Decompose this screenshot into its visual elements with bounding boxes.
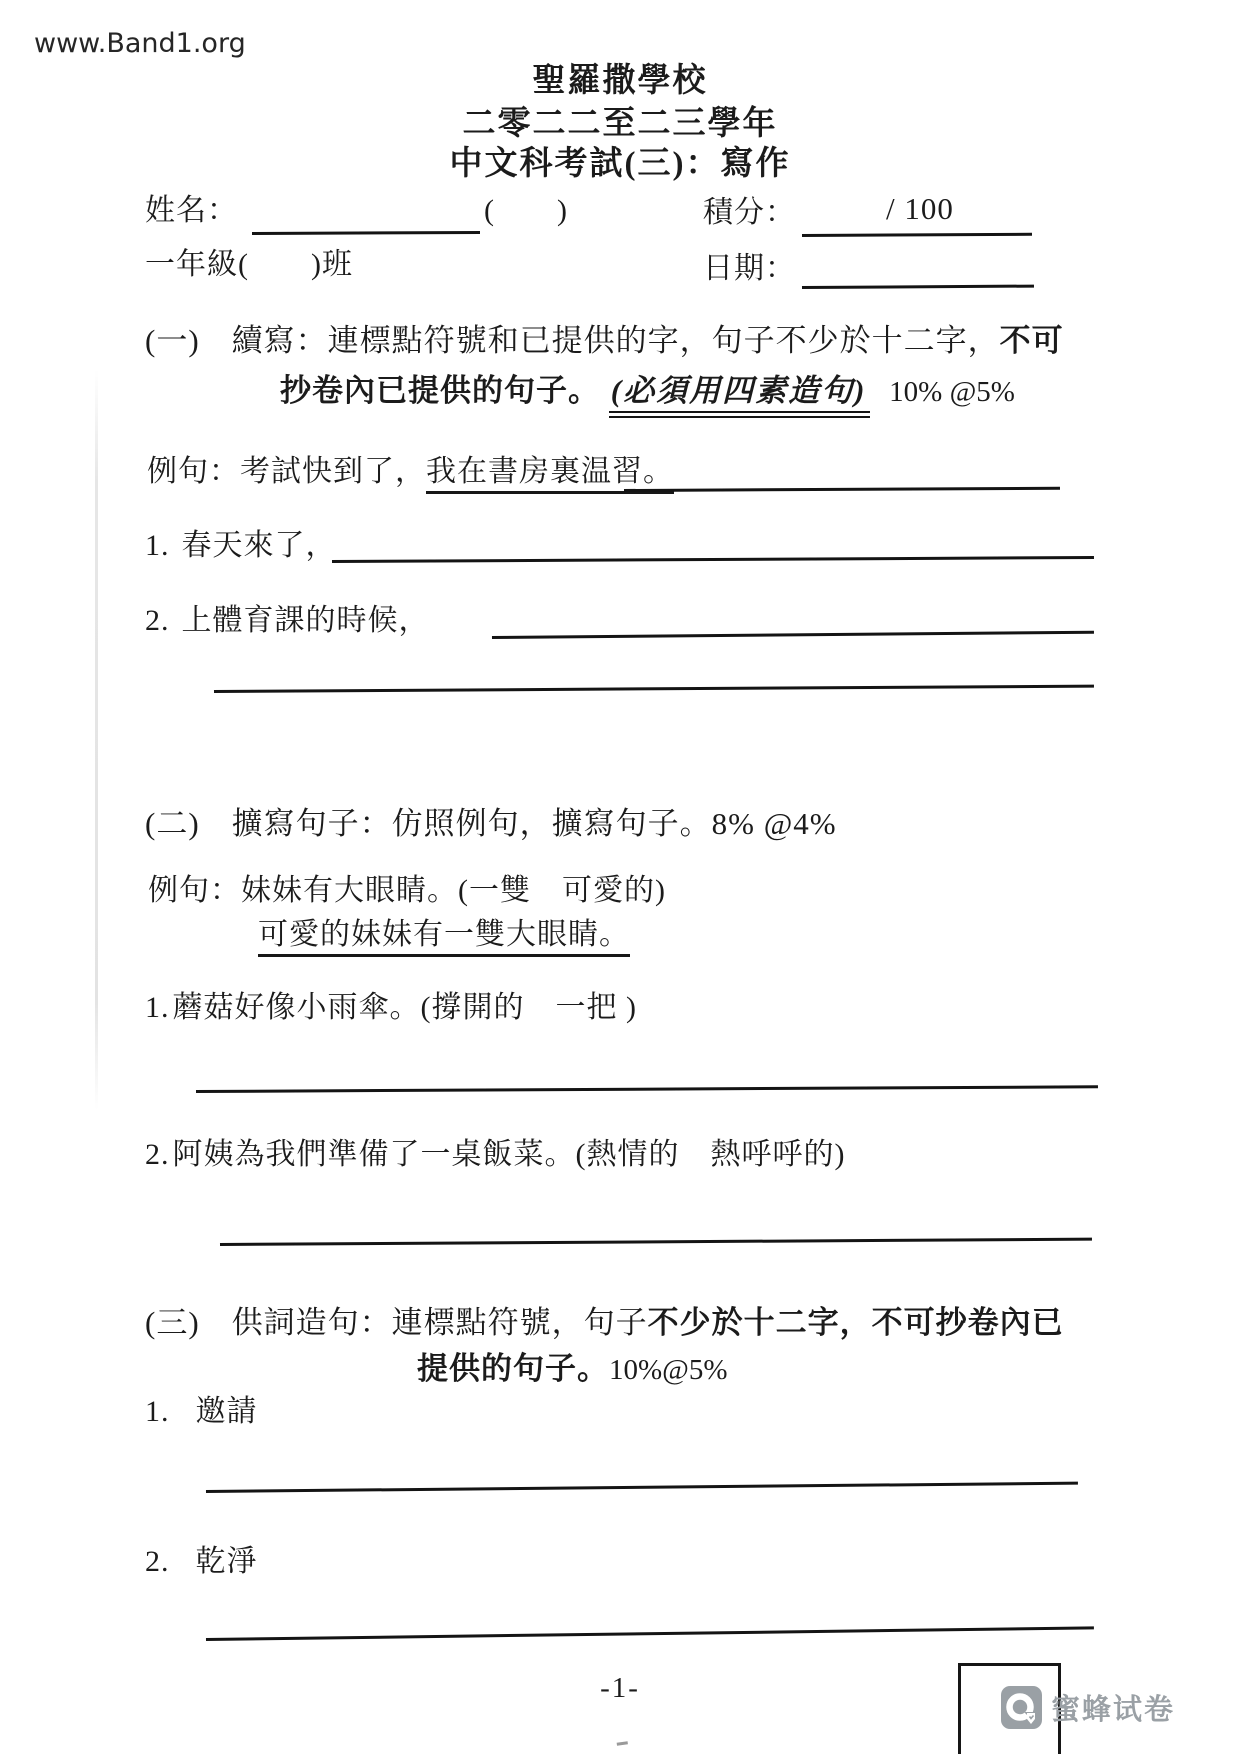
answer-line: [206, 1598, 1094, 1641]
name-label: 姓名：: [145, 192, 238, 230]
item-number: 2.: [145, 604, 170, 637]
item-word: 邀請: [196, 1395, 258, 1428]
answer-line: [196, 1057, 1098, 1093]
section3-marks: 10%@5%: [609, 1354, 728, 1386]
item-number: 2.: [145, 1545, 170, 1578]
item-word: 乾淨: [196, 1545, 258, 1578]
section3-heading-bold: 不少於十二字，不可抄卷內已: [648, 1305, 1064, 1340]
section1-heading-bold: 不可: [1000, 323, 1064, 358]
section3-heading-line2: 提供的句子。10%@5%: [417, 1350, 728, 1389]
item-text: 春天來了，: [182, 529, 337, 562]
item-number: 1.: [145, 1395, 170, 1428]
example-start: 考試快到了，: [240, 455, 426, 488]
example-sentence: 妹妹有大眼睛。(一雙 可愛的): [241, 874, 666, 907]
section1-heading-normal: (一) 續寫：連標點符號和已提供的字，句子不少於十二字，: [145, 323, 1000, 358]
section2-item-1: 1.蘑菇好像小雨傘。(撐開的 一把 ): [145, 989, 637, 1027]
name-blank-line: [252, 201, 480, 235]
section3-heading-normal: (三) 供詞造句：連標點符號，句子: [145, 1305, 648, 1340]
section2-item-2: 2.阿姨為我們準備了一桌飯菜。(熱情的 熱呼呼的): [145, 1136, 845, 1174]
section1-item-1: 1.春天來了，: [145, 527, 337, 565]
section1-item-2: 2.上體育課的時候，: [145, 602, 430, 640]
exam-title: 中文科考試(三)：寫作: [0, 137, 1240, 184]
item-number: 1.: [145, 529, 170, 562]
section2-example-line2: 可愛的妹妹有一雙大眼睛。: [258, 916, 630, 954]
scan-artifact-left-line: [95, 370, 98, 1110]
section1-example: 例句：考試快到了，我在書房裏温習。: [147, 453, 674, 491]
item-number: 2.: [145, 1138, 170, 1171]
section1-marks: 10% @5%: [889, 376, 1015, 408]
section3-heading2-bold: 提供的句子。: [417, 1351, 609, 1386]
school-name: 聖羅撒學校: [0, 54, 1240, 101]
name-class-paren: ( ): [484, 192, 568, 230]
brand-name: 蜜蜂试卷: [1051, 1687, 1175, 1728]
date-label: 日期：: [703, 250, 796, 288]
section1-heading-line2: 抄卷內已提供的句子。 (必須用四素造句) 10% @5%: [280, 372, 1015, 411]
section1-heading-line1: (一) 續寫：連標點符號和已提供的字，句子不少於十二字，不可: [145, 322, 1064, 361]
example-answer-underlined: 可愛的妹妹有一雙大眼睛。: [258, 918, 630, 957]
exam-scan-page: www.Band1.org 聖羅撒學校 二零二二至二三學年 中文科考試(三)：寫…: [0, 0, 1240, 1754]
item-number: 1.: [145, 991, 170, 1024]
example-label: 例句：: [148, 874, 241, 907]
item-text: 上體育課的時候，: [182, 604, 430, 637]
example-label: 例句：: [147, 455, 240, 488]
section3-item-2: 2.乾淨: [145, 1543, 258, 1581]
section1-heading2-bold: 抄卷內已提供的句子。: [280, 373, 600, 408]
class-grade-label: 一年級( )班: [145, 246, 353, 284]
section2-heading: (二) 擴寫句子：仿照例句，擴寫句子。8% @4%: [145, 805, 837, 844]
brand-watermark: 蜜蜂试卷: [1001, 1686, 1175, 1729]
scan-artifact-bottom-mark: [617, 1741, 629, 1748]
section1-must-use-note: (必須用四素造句): [609, 373, 871, 418]
bee-logo-icon: [1001, 1686, 1042, 1729]
item-text: 蘑菇好像小雨傘。(撐開的 一把 ): [173, 991, 637, 1024]
answer-line: [206, 1454, 1078, 1493]
answer-line: [220, 1210, 1092, 1246]
score-total: / 100: [886, 190, 954, 229]
answer-line: [214, 657, 1094, 693]
date-blank-line: [802, 255, 1034, 289]
answer-line: [332, 528, 1094, 563]
item-text: 阿姨為我們準備了一桌飯菜。(熱情的 熱呼呼的): [173, 1138, 846, 1171]
score-label: 積分：: [703, 194, 796, 232]
answer-line: [624, 459, 1060, 492]
section3-item-1: 1.邀請: [145, 1393, 258, 1431]
answer-line: [492, 603, 1094, 639]
section2-example-line1: 例句：妹妹有大眼睛。(一雙 可愛的): [148, 872, 666, 910]
section3-heading-line1: (三) 供詞造句：連標點符號，句子不少於十二字，不可抄卷內已: [145, 1304, 1064, 1343]
